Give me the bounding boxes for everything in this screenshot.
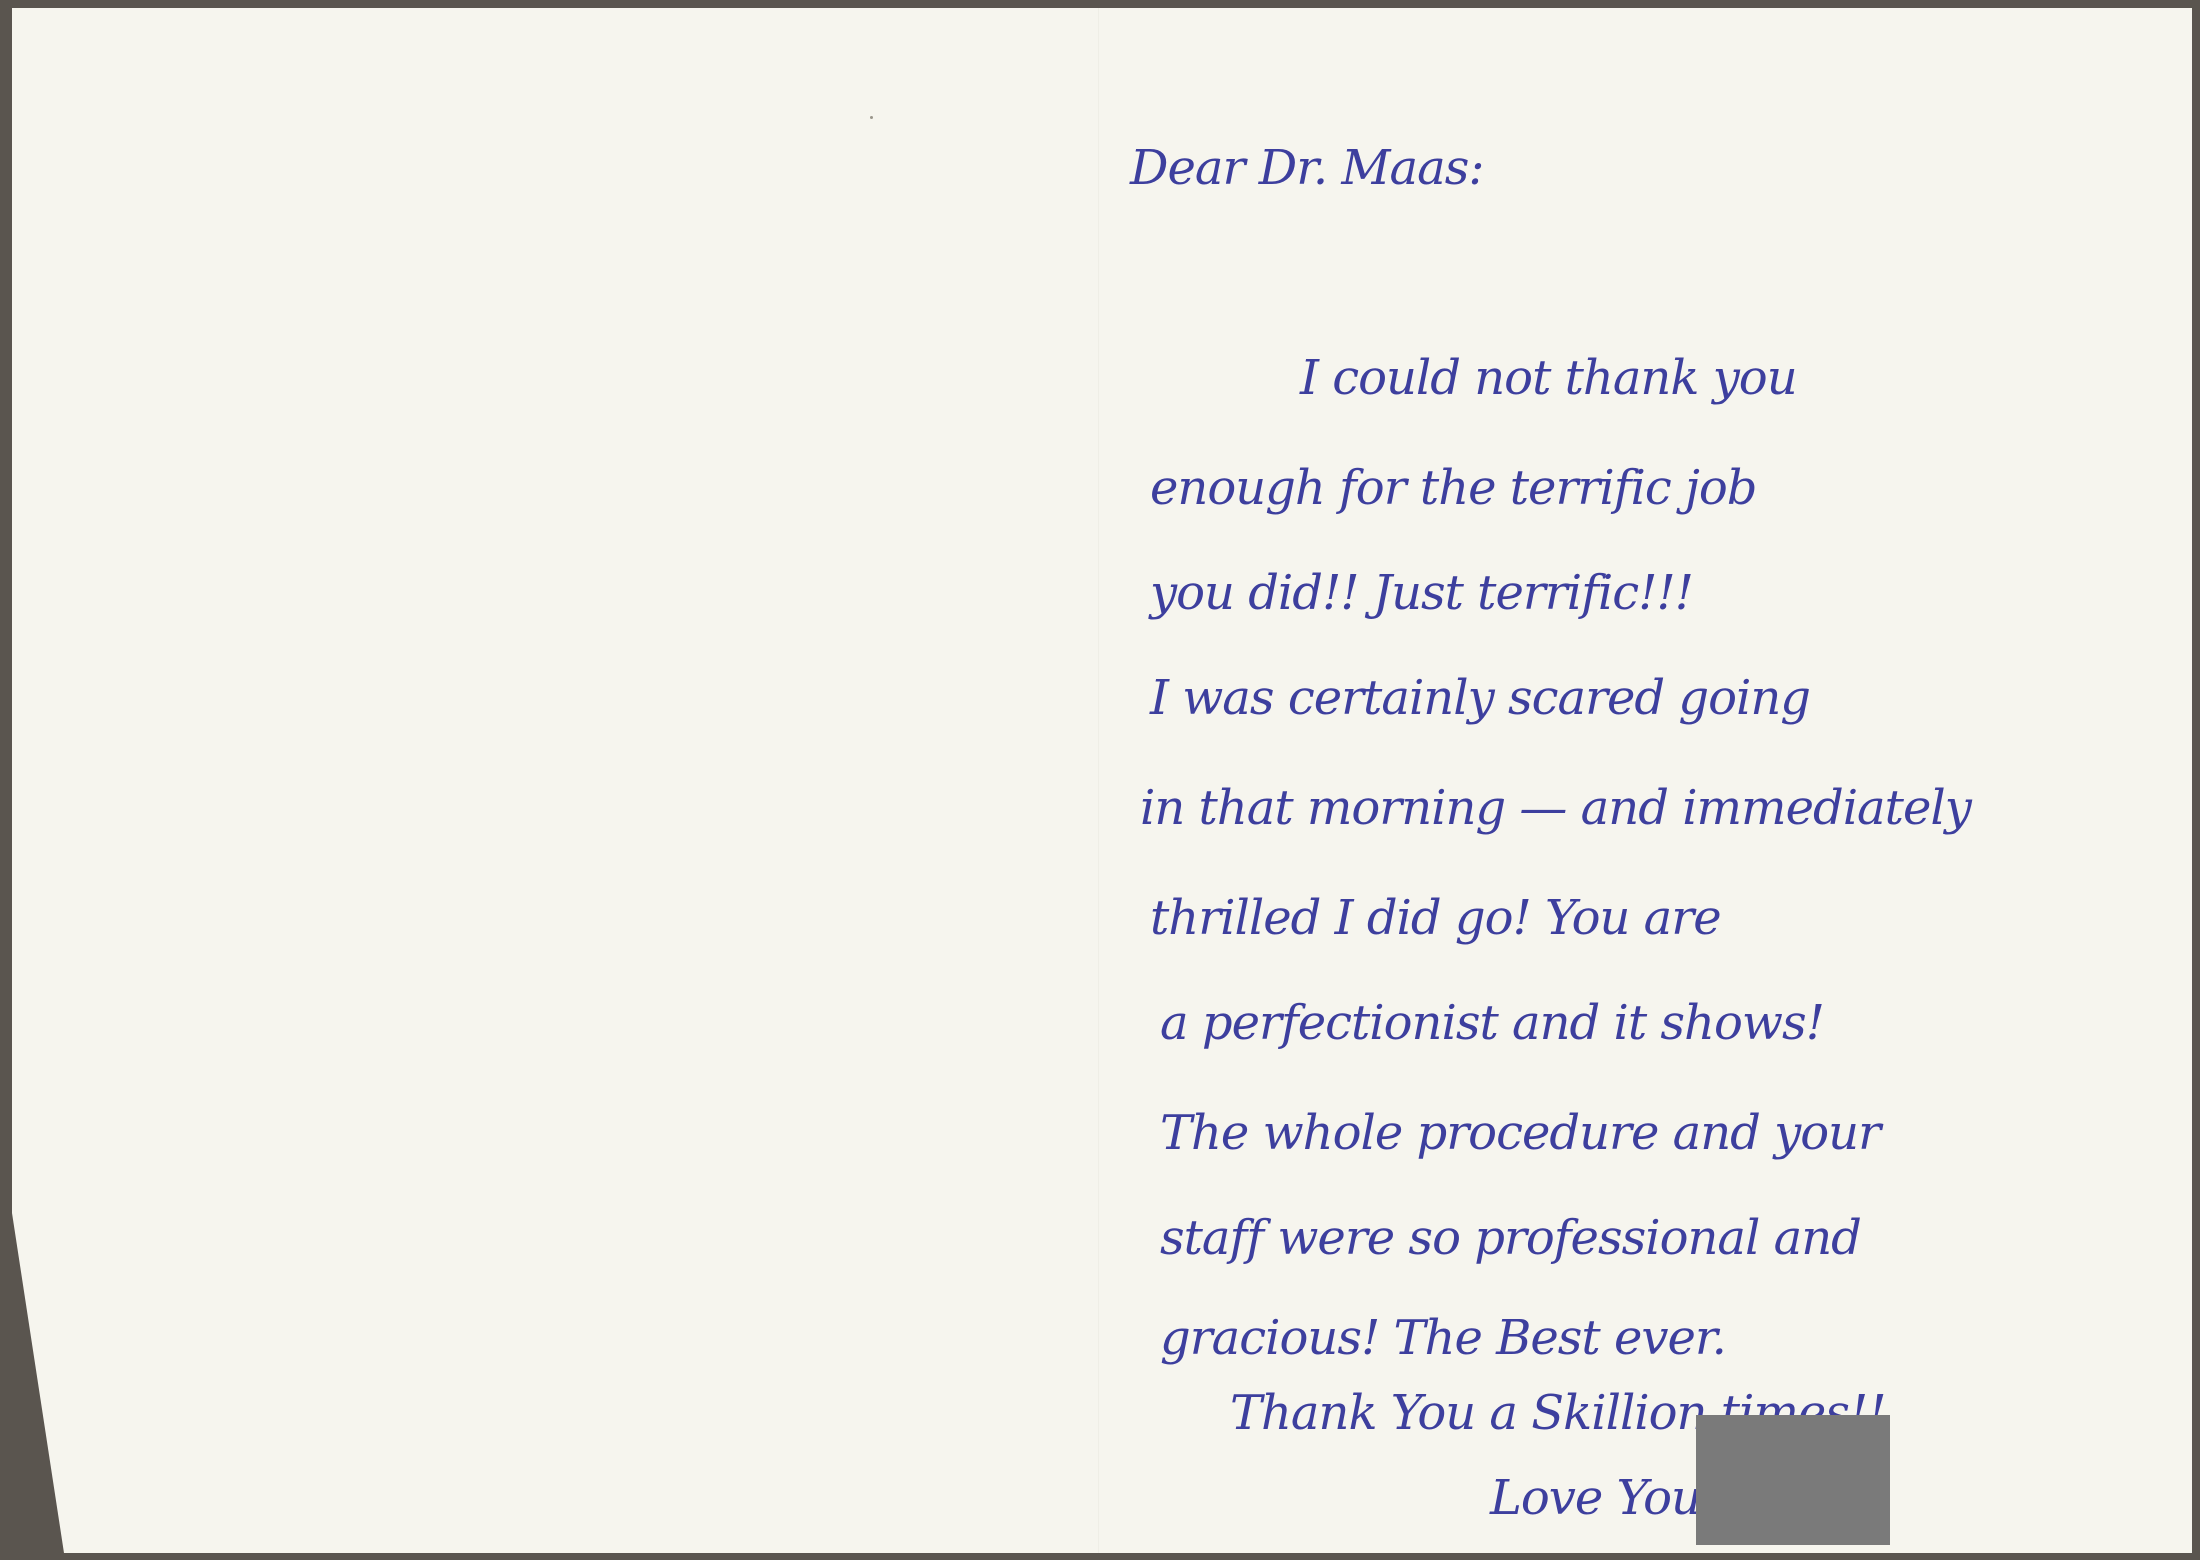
body-line: you did!! Just terrific!!! [1150, 565, 1693, 621]
body-line: I was certainly scared going [1150, 670, 1810, 726]
salutation: Dear Dr. Maas: [1130, 140, 1484, 196]
body-line: a perfectionist and it shows! [1160, 995, 1824, 1051]
card-fold-line [1098, 8, 1100, 1553]
body-line: gracious! The Best ever. [1160, 1310, 1726, 1366]
paper-speck [870, 116, 873, 119]
signature: Love You [1490, 1470, 1701, 1526]
body-line: staff were so professional and [1160, 1210, 1861, 1266]
body-line: thrilled I did go! You are [1150, 890, 1721, 946]
body-line: I could not thank you [1300, 350, 1797, 406]
body-line: enough for the terrific job [1150, 460, 1756, 516]
redacted-name-box [1696, 1415, 1890, 1545]
body-line: The whole procedure and your [1160, 1105, 1880, 1161]
body-line: in that morning — and immediately [1140, 780, 1971, 836]
